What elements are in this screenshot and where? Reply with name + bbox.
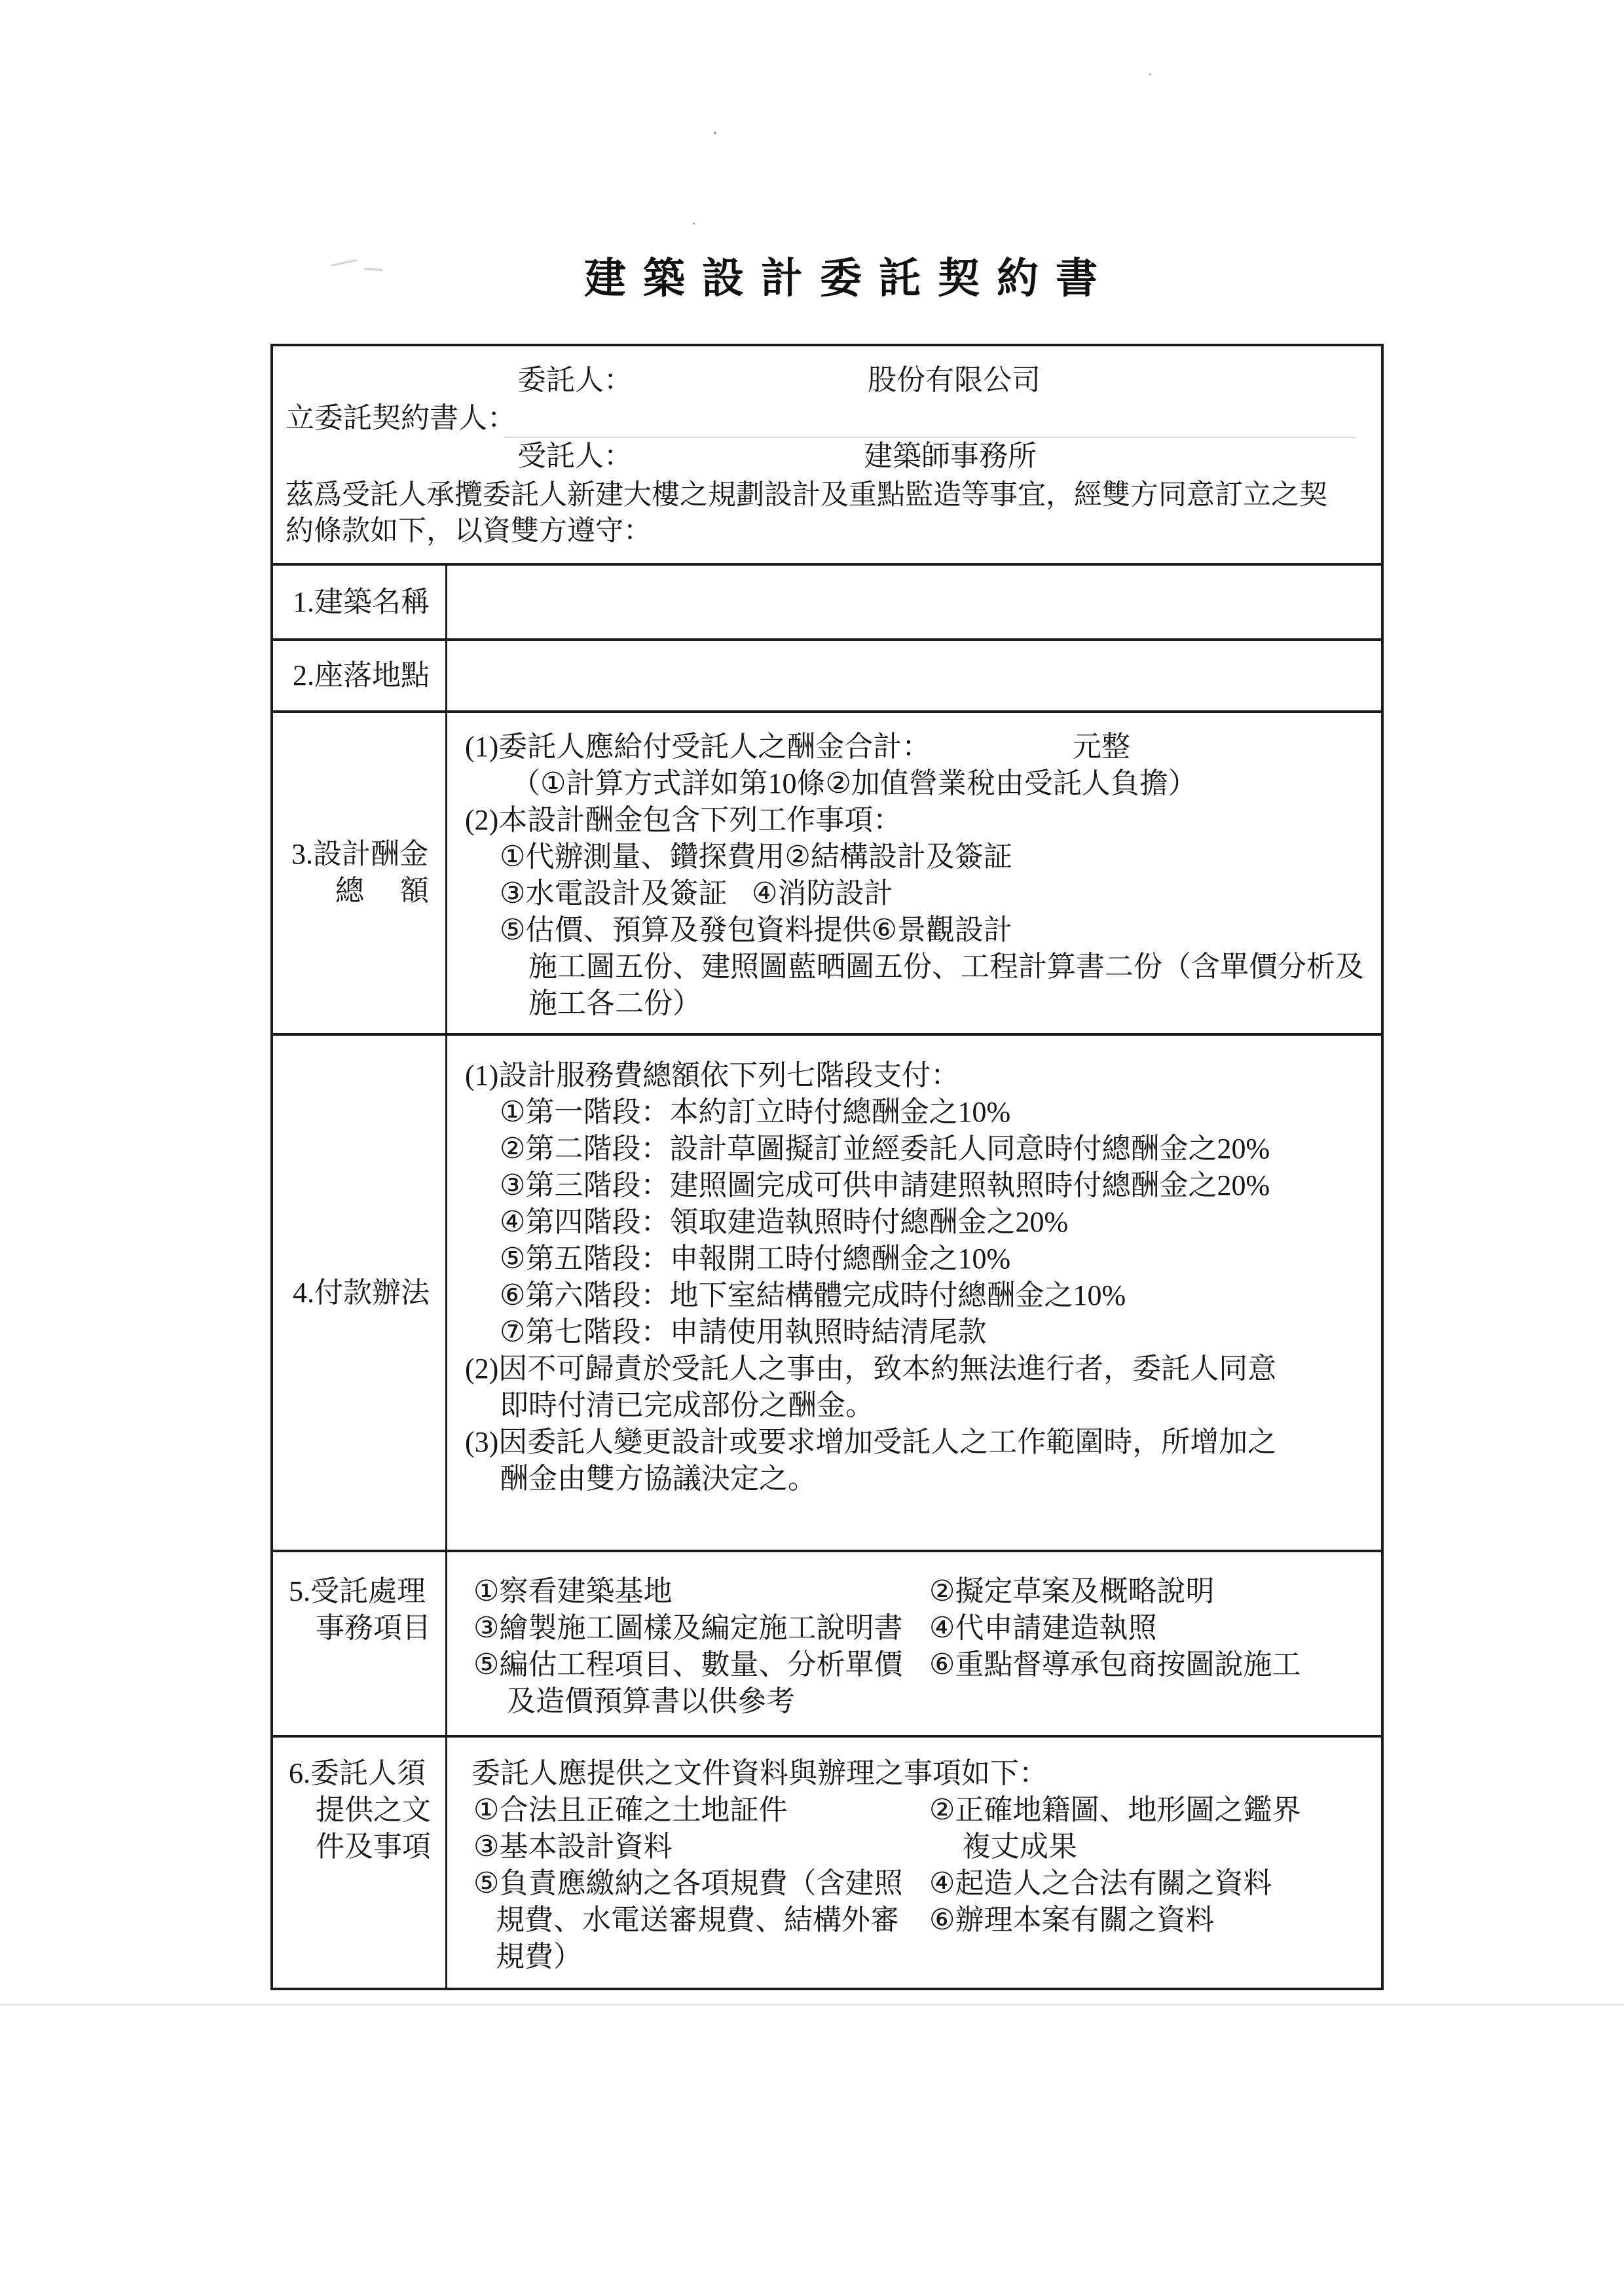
entrusted-matters-label-line1: 5.受託處理 — [289, 1573, 426, 1610]
site-location-value — [447, 641, 1381, 710]
document-item-3: ③基本設計資料 — [473, 1831, 672, 1863]
building-name-label: 1.建築名稱 — [273, 566, 447, 638]
fee-total-line: (1)委託人應給付受託人之酬金合計： 元整 — [447, 729, 1381, 765]
design-fee-label-line1: 3.設計酬金 — [291, 836, 428, 873]
payment-method-content: (1)設計服務費總額依下列七階段支付： ①第一階段：本約訂立時付總酬金之10% … — [447, 1036, 1381, 1550]
client-documents-label-line2: 提供之文 — [316, 1792, 431, 1829]
payment-stage-2: ②第二階段：設計草圖擬訂並經委託人同意時付總酬金之20% — [447, 1131, 1381, 1167]
party-label: 立委託契約書人： — [286, 402, 516, 435]
matter-item-4: ④代申請建造執照 — [929, 1610, 1156, 1647]
payment-method-label: 4.付款辦法 — [273, 1036, 447, 1550]
document-item-5: ⑤負責應繳納之各項規費（含建照 — [473, 1867, 902, 1899]
scan-artifact — [504, 437, 1356, 438]
client-company-suffix: 股份有限公司 — [868, 364, 1041, 397]
preamble-line-2: 約條款如下，以資雙方遵守： — [286, 515, 652, 548]
fee-deliverables-line2: 施工各二份） — [447, 985, 1381, 1022]
site-location-label: 2.座落地點 — [273, 641, 447, 710]
client-documents-label-line3: 件及事項 — [316, 1829, 431, 1865]
fee-item-1-2: ①代辦測量、鑽探費用②結構設計及簽証 — [447, 839, 1381, 875]
payment-clause-3-line2: 酬金由雙方協議決定之。 — [447, 1461, 1381, 1497]
scan-artifact — [714, 132, 716, 134]
client-line: 委託人： — [517, 364, 633, 397]
row-payment-method: 4.付款辦法 (1)設計服務費總額依下列七階段支付： ①第一階段：本約訂立時付總… — [273, 1033, 1381, 1550]
payment-stage-7: ⑦第七階段：申請使用執照時結清尾款 — [447, 1314, 1381, 1351]
row-design-fee: 3.設計酬金 總 額 (1)委託人應給付受託人之酬金合計： 元整 （①計算方式詳… — [273, 710, 1381, 1033]
parties-header-row: 委託人： 股份有限公司 立委託契約書人： 受託人： 建築師事務所 茲爲受託人承攬… — [273, 346, 1381, 563]
client-documents-label-line1: 6.委託人須 — [289, 1755, 426, 1792]
matter-item-6: ⑥重點督導承包商按圖說施工 — [929, 1647, 1301, 1683]
trustee-label: 受託人： — [517, 440, 633, 472]
document-item-4: ④起造人之合法有關之資料 — [929, 1865, 1272, 1902]
matter-item-5-cont: 及造價預算書以供參考 — [447, 1683, 1381, 1720]
documents-line-4: ⑤負責應繳納之各項規費（含建照 ④起造人之合法有關之資料 — [447, 1865, 1381, 1902]
payment-stage-4: ④第四階段：領取建造執照時付總酬金之20% — [447, 1204, 1381, 1241]
scan-artifact — [1149, 73, 1151, 75]
fee-item-4: ④消防設計 — [752, 875, 893, 912]
scan-artifact — [331, 259, 357, 266]
payment-clause-2-line2: 即時付清已完成部份之酬金。 — [447, 1387, 1381, 1424]
design-fee-label-line2: 總 額 — [335, 873, 429, 909]
fee-deliverables-line1: 施工圖五份、建照圖藍晒圖五份、工程計算書二份（含單價分析及 — [447, 949, 1381, 985]
client-documents-label: 6.委託人須 提供之文 件及事項 — [273, 1738, 447, 1988]
design-fee-label: 3.設計酬金 總 額 — [273, 713, 447, 1033]
matter-item-1: ①察看建築基地 — [473, 1575, 672, 1607]
payment-intro-line: (1)設計服務費總額依下列七階段支付： — [447, 1057, 1381, 1094]
matters-line-1: ①察看建築基地 ②擬定草案及概略說明 — [447, 1573, 1381, 1610]
scan-artifact — [0, 2003, 1624, 2006]
matters-line-2: ③繪製施工圖樣及編定施工說明書 ④代申請建造執照 — [447, 1610, 1381, 1647]
page-title: 建築設計委託契約書 — [584, 245, 1115, 305]
matter-item-2: ②擬定草案及概略說明 — [929, 1573, 1214, 1610]
entrusted-matters-label-line2: 事務項目 — [316, 1610, 431, 1647]
payment-stage-3: ③第三階段：建照圖完成可供申請建照執照時付總酬金之20% — [447, 1167, 1381, 1204]
row-entrusted-matters: 5.受託處理 事務項目 ①察看建築基地 ②擬定草案及概略說明 ③繪製施工圖樣及編… — [273, 1550, 1381, 1735]
building-name-value — [447, 566, 1381, 638]
trustee-line: 受託人： — [517, 440, 633, 473]
fee-total-text: (1)委託人應給付受託人之酬金合計： — [465, 731, 931, 763]
document-item-1: ①合法且正確之土地証件 — [473, 1794, 787, 1826]
contract-table: 委託人： 股份有限公司 立委託契約書人： 受託人： 建築師事務所 茲爲受託人承攬… — [270, 344, 1384, 1990]
row-client-documents: 6.委託人須 提供之文 件及事項 委託人應提供之文件資料與辦理之事項如下： ①合… — [273, 1735, 1381, 1988]
matter-item-3: ③繪製施工圖樣及編定施工說明書 — [473, 1612, 902, 1644]
scan-artifact — [693, 223, 695, 225]
payment-stage-5: ⑤第五階段：申報開工時付總酬金之10% — [447, 1241, 1381, 1277]
matters-line-3: ⑤編估工程項目、數量、分析單價 ⑥重點督導承包商按圖說施工 — [447, 1647, 1381, 1683]
client-documents-content: 委託人應提供之文件資料與辦理之事項如下： ①合法且正確之土地証件 ②正確地籍圖、… — [447, 1738, 1381, 1988]
design-fee-label-amount-char: 額 — [400, 873, 429, 909]
entrusted-matters-label: 5.受託處理 事務項目 — [273, 1552, 447, 1735]
fee-includes-line: (2)本設計酬金包含下列工作事項： — [447, 802, 1381, 839]
scan-artifact — [364, 268, 382, 271]
row-site-location: 2.座落地點 — [273, 638, 1381, 710]
document-item-2: ②正確地籍圖、地形圖之鑑界 — [929, 1792, 1301, 1829]
trustee-office-suffix: 建築師事務所 — [864, 440, 1037, 473]
design-fee-content: (1)委託人應給付受託人之酬金合計： 元整 （①計算方式詳如第10條②加值營業稅… — [447, 713, 1381, 1033]
documents-intro-line: 委託人應提供之文件資料與辦理之事項如下： — [447, 1755, 1381, 1792]
fee-note-line: （①計算方式詳如第10條②加值營業稅由受託人負擔） — [447, 765, 1381, 802]
documents-line-5: 規費、水電送審規費、結構外審 ⑥辦理本案有關之資料 — [447, 1902, 1381, 1939]
fee-unit-text: 元整 — [1073, 729, 1130, 765]
design-fee-label-total-char: 總 — [335, 873, 364, 909]
document-item-6: ⑥辦理本案有關之資料 — [929, 1902, 1214, 1939]
documents-line-2: ①合法且正確之土地証件 ②正確地籍圖、地形圖之鑑界 — [447, 1792, 1381, 1829]
payment-clause-2-line1: (2)因不可歸責於受託人之事由，致本約無法進行者，委託人同意 — [447, 1351, 1381, 1387]
payment-clause-3-line1: (3)因委託人變更設計或要求增加受託人之工作範圍時，所增加之 — [447, 1424, 1381, 1461]
client-label: 委託人： — [517, 364, 633, 396]
preamble-line-1: 茲爲受託人承攬委託人新建大樓之規劃設計及重點監造等事宜，經雙方同意訂立之契 — [286, 479, 1327, 512]
matter-item-5: ⑤編估工程項目、數量、分析單價 — [473, 1649, 902, 1681]
document-item-5-cont2: 規費） — [447, 1939, 1381, 1975]
documents-line-3: ③基本設計資料 複丈成果 — [447, 1829, 1381, 1865]
fee-item-3: ③水電設計及簽証 — [500, 877, 727, 909]
document-item-5-cont1: 規費、水電送審規費、結構外審 — [496, 1904, 899, 1936]
payment-stage-1: ①第一階段：本約訂立時付總酬金之10% — [447, 1094, 1381, 1131]
document-item-2-cont: 複丈成果 — [962, 1829, 1077, 1865]
fee-item-5-6: ⑤估價、預算及發包資料提供⑥景觀設計 — [447, 912, 1381, 949]
fee-item-3-4: ③水電設計及簽証 ④消防設計 — [447, 875, 1381, 912]
row-building-name: 1.建築名稱 — [273, 563, 1381, 638]
entrusted-matters-content: ①察看建築基地 ②擬定草案及概略說明 ③繪製施工圖樣及編定施工說明書 ④代申請建… — [447, 1552, 1381, 1735]
payment-stage-6: ⑥第六階段：地下室結構體完成時付總酬金之10% — [447, 1277, 1381, 1314]
